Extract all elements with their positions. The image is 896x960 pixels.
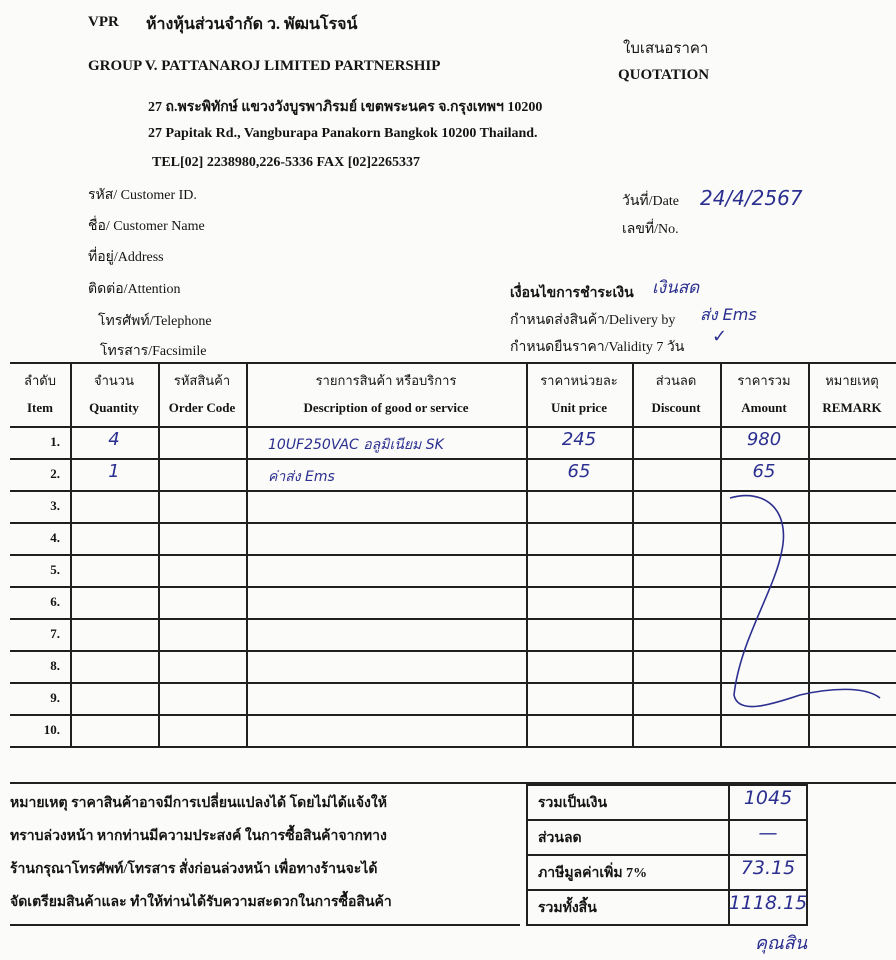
column-header-th: ราคารวม [720,370,808,391]
footer-note-line: จัดเตรียมสินค้าและ ทำให้ท่านได้รับความสะ… [10,891,392,913]
column-header-en: Item [10,400,70,416]
summary-discount-row: ส่วนลด — [526,819,808,856]
summary-value: 1118.15 [728,892,808,914]
cell-unit: 65 [526,461,632,482]
document-title-th: ใบเสนอราคา [623,36,708,60]
footer-note-line: ร้านกรุณาโทรศัพท์/โทรสาร สั่งก่อนล่วงหน้… [10,858,377,880]
footer-note-line: ทราบล่วงหน้า หากท่านมีความประสงค์ ในการซ… [10,825,387,847]
column-header-th: รหัสสินค้า [158,370,246,391]
validity-check-icon: ✓ [712,326,727,347]
cell-desc: 10UF250VAC อลูมิเนียม SK [268,434,526,456]
column-header-th: ลำดับ [10,370,70,391]
company-code: VPR [88,14,119,31]
column-header-en: Quantity [70,400,158,416]
cell-amount: 65 [720,461,808,482]
column-header-th: หมายเหตุ [808,370,896,391]
row-number: 8. [10,658,60,674]
row-number: 3. [10,498,60,514]
customer-address-label: ที่อยู่/Address [88,246,164,268]
document-title-en: QUOTATION [618,67,709,84]
summary-value: 73.15 [728,857,808,879]
company-name-en: GROUP V. PATTANAROJ LIMITED PARTNERSHIP [88,58,440,75]
cell-amount: 980 [720,429,808,450]
row-number: 4. [10,530,60,546]
summary-total-row: รวมทั้งสิ้น 1118.15 [526,889,808,926]
column-header-th: จำนวน [70,370,158,391]
column-header-en: Discount [632,400,720,416]
row-number: 7. [10,626,60,642]
validity-label: กำหนดยืนราคา/Validity 7 วัน [510,336,684,358]
row-number: 9. [10,690,60,706]
summary-value: — [728,822,808,844]
delivery-label: กำหนดส่งสินค้า/Delivery by [510,309,675,331]
summary-vat-row: ภาษีมูลค่าเพิ่ม 7% 73.15 [526,854,808,891]
column-header-en: Amount [720,400,808,416]
customer-telephone-label: โทรศัพท์/Telephone [98,310,212,332]
column-header-en: Order Code [158,400,246,416]
customer-attention-label: ติดต่อ/Attention [88,278,180,300]
row-number: 6. [10,594,60,610]
payment-terms-label: เงื่อนไขการชำระเงิน [510,282,634,304]
cell-desc: ค่าส่ง Ems [268,466,526,488]
row-number: 10. [10,722,60,738]
delivery-value: ส่ง Ems [700,303,757,328]
company-name-th: ห้างหุ้นส่วนจำกัด ว. พัฒนโรจน์ [146,12,357,37]
summary-box: รวมเป็นเงิน 1045 ส่วนลด — ภาษีมูลค่าเพิ่… [526,784,808,924]
footer-note-line: หมายเหตุ ราคาสินค้าอาจมีการเปลี่ยนแปลงได… [10,792,387,814]
cell-qty: 1 [70,461,158,482]
customer-id-label: รหัส/ Customer ID. [88,184,197,206]
date-value: 24/4/2567 [700,186,803,210]
document-no-label: เลขที่/No. [622,218,679,240]
row-number: 5. [10,562,60,578]
company-address-en: 27 Papitak Rd., Vangburapa Panakorn Bang… [148,126,538,142]
cell-qty: 4 [70,429,158,450]
signature-note: คุณสิน [755,928,807,957]
cell-unit: 245 [526,429,632,450]
payment-terms-value: เงินสด [652,274,699,301]
column-header-th: รายการสินค้า หรือบริการ [246,370,526,391]
column-header-en: Unit price [526,400,632,416]
summary-value: 1045 [728,787,808,809]
strike-stroke-icon [720,490,896,720]
row-number: 2. [10,466,60,482]
summary-label: รวมทั้งสิ้น [538,897,597,919]
company-contact: TEL[02] 2238980,226-5336 FAX [02]2265337 [152,155,420,171]
footer-bottom-divider [10,924,520,926]
row-number: 1. [10,434,60,450]
column-header-th: ราคาหน่วยละ [526,370,632,391]
company-address-th: 27 ถ.พระพิทักษ์ แขวงวังบูรพาภิรมย์ เขตพร… [148,96,542,118]
column-header-en: Description of good or service [246,400,526,416]
summary-label: ส่วนลด [538,827,582,849]
column-header-th: ส่วนลด [632,370,720,391]
column-header-en: REMARK [808,400,896,416]
summary-subtotal-row: รวมเป็นเงิน 1045 [526,784,808,821]
summary-label: ภาษีมูลค่าเพิ่ม 7% [538,862,647,884]
summary-label: รวมเป็นเงิน [538,792,607,814]
row-divider [10,746,896,748]
customer-name-label: ชื่อ/ Customer Name [88,215,205,237]
row-divider [10,458,896,460]
date-label: วันที่/Date [622,190,679,212]
customer-fax-label: โทรสาร/Facsimile [100,340,207,362]
